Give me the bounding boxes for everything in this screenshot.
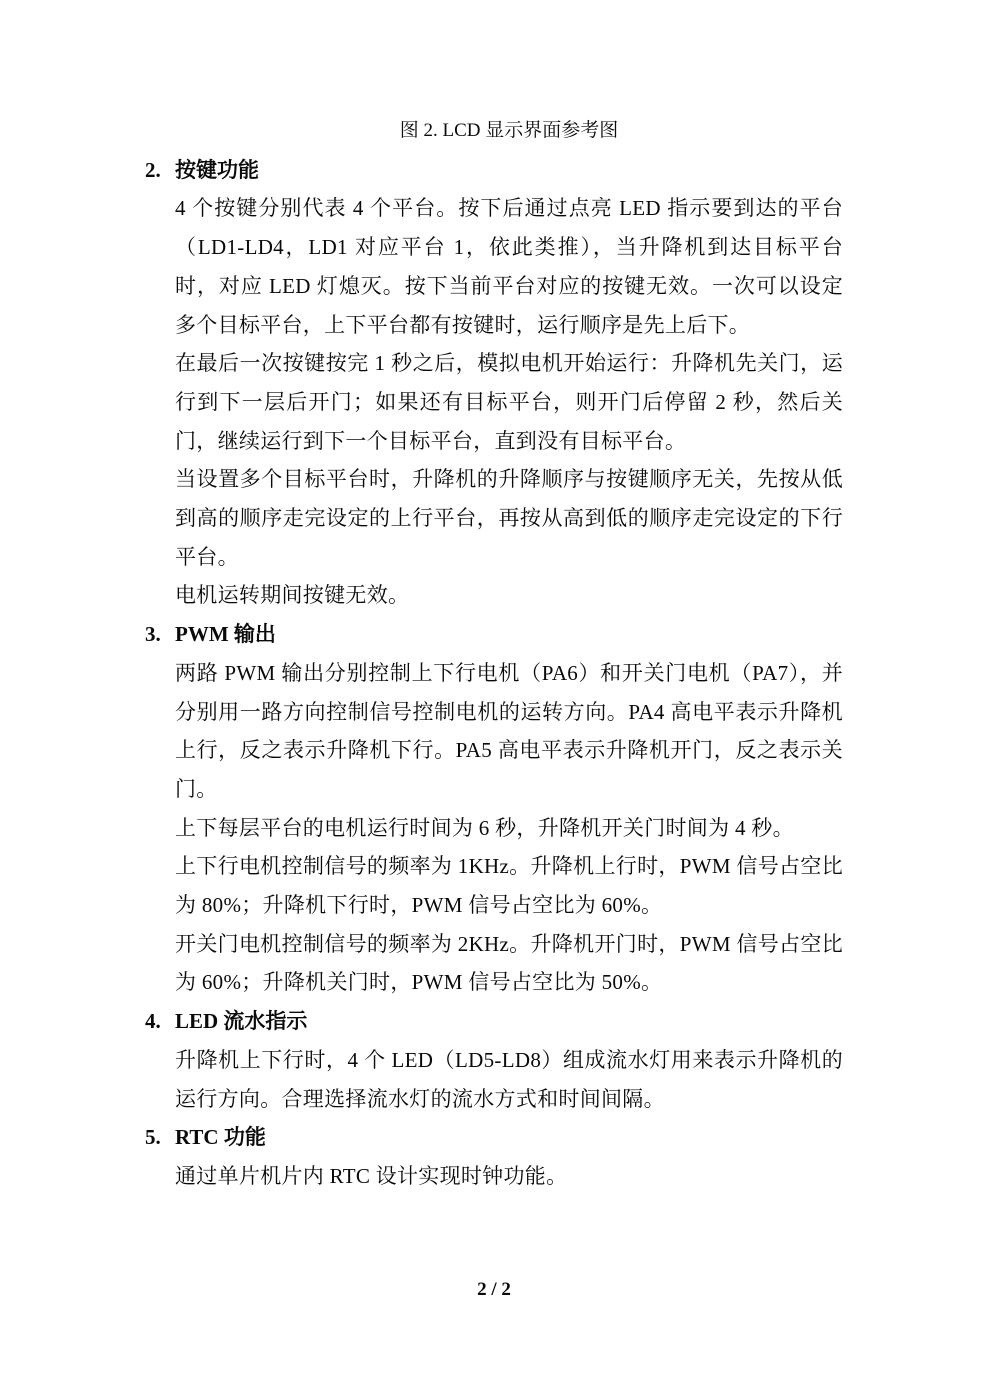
section-heading-led-indicator: 4.LED 流水指示 — [145, 1002, 843, 1041]
section-heading-pwm-output: 3.PWM 输出 — [145, 615, 843, 654]
paragraph: 升降机上下行时，4 个 LED（LD5-LD8）组成流水灯用来表示升降机的运行方… — [175, 1041, 843, 1118]
section-heading-key-functions: 2.按键功能 — [145, 151, 843, 190]
paragraph: 4 个按键分别代表 4 个平台。按下后通过点亮 LED 指示要到达的平台（LD1… — [175, 189, 843, 344]
figure-caption: 图 2. LCD 显示界面参考图 — [175, 112, 843, 151]
paragraph: 两路 PWM 输出分别控制上下行电机（PA6）和开关门电机（PA7），并分别用一… — [175, 654, 843, 809]
document-page: 图 2. LCD 显示界面参考图 2.按键功能 4 个按键分别代表 4 个平台。… — [0, 0, 981, 1398]
paragraph: 当设置多个目标平台时，升降机的升降顺序与按键顺序无关，先按从低到高的顺序走完设定… — [175, 460, 843, 576]
paragraph: 电机运转期间按键无效。 — [175, 576, 843, 615]
paragraph: 通过单片机片内 RTC 设计实现时钟功能。 — [175, 1157, 843, 1196]
paragraph: 在最后一次按键按完 1 秒之后，模拟电机开始运行：升降机先关门，运行到下一层后开… — [175, 344, 843, 460]
paragraph: 开关门电机控制信号的频率为 2KHz。升降机开门时，PWM 信号占空比为 60%… — [175, 925, 843, 1002]
section-title: LED 流水指示 — [175, 1009, 307, 1033]
paragraph: 上下行电机控制信号的频率为 1KHz。升降机上行时，PWM 信号占空比为 80%… — [175, 847, 843, 924]
section-number: 2. — [145, 151, 175, 190]
section-number: 5. — [145, 1118, 175, 1157]
section-title: 按键功能 — [175, 158, 259, 182]
section-title: PWM 输出 — [175, 622, 276, 646]
document-content: 图 2. LCD 显示界面参考图 2.按键功能 4 个按键分别代表 4 个平台。… — [145, 112, 843, 1196]
page-number: 2 / 2 — [145, 1271, 843, 1310]
section-heading-rtc-function: 5.RTC 功能 — [145, 1118, 843, 1157]
section-title: RTC 功能 — [175, 1125, 266, 1149]
paragraph: 上下每层平台的电机运行时间为 6 秒，升降机开关门时间为 4 秒。 — [175, 809, 843, 848]
section-number: 3. — [145, 615, 175, 654]
section-number: 4. — [145, 1002, 175, 1041]
